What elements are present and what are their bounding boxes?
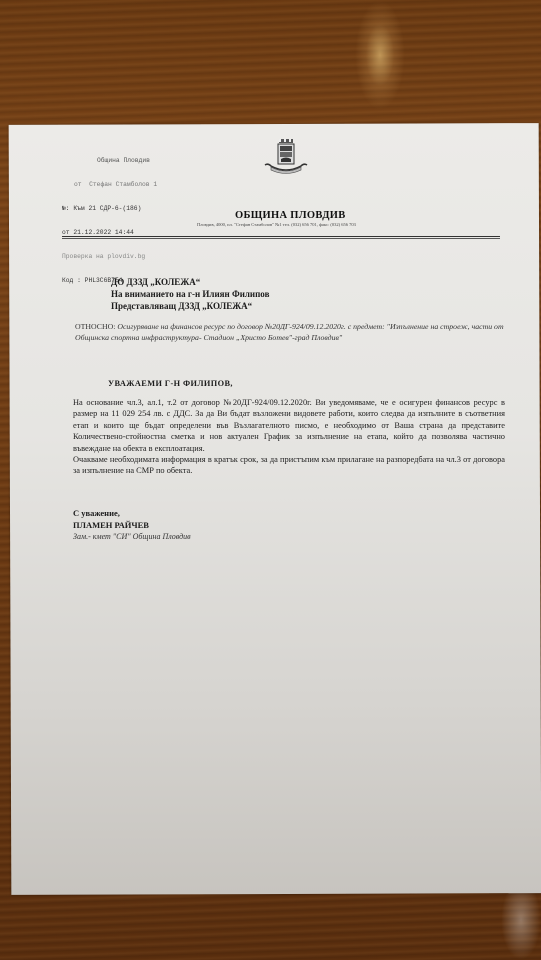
stamp-verify: Проверка на plovdiv.bg xyxy=(62,253,157,261)
addressee-attention: На вниманието на г-н Илиян Филипов xyxy=(111,288,269,300)
coat-of-arms-icon xyxy=(262,138,310,176)
stamp-reg-number: №: Към 21 СДР-6-(186) xyxy=(62,205,157,213)
subject-line: ОТНОСНО: Осигуряване на финансов ресурс … xyxy=(75,322,515,343)
addressee-block: ДО ДЗЗД „КОЛЕЖА“ На вниманието на г-н Ил… xyxy=(111,276,269,312)
letter-body: На основание чл.3, ал.1, т.2 от договор … xyxy=(73,397,505,477)
addressee-org: ДО ДЗЗД „КОЛЕЖА“ xyxy=(111,276,269,288)
subject-text: Осигуряване на финансов ресурс по догово… xyxy=(75,322,504,342)
signatory-position: Зам.- кмет "СИ" Община Пловдив xyxy=(73,531,191,543)
stamp-org: Община Пловдив xyxy=(62,157,157,165)
registration-stamp: Община Пловдив от Стефан Стамболов 1 №: … xyxy=(62,141,157,293)
municipality-title: ОБЩИНА ПЛОВДИВ xyxy=(235,210,346,221)
signatory-name: ПЛАМЕН РАЙЧЕВ xyxy=(73,520,191,532)
closing: С уважение, xyxy=(73,508,191,520)
salutation: УВАЖАЕМИ Г-Н ФИЛИПОВ, xyxy=(108,379,233,388)
stamp-address: от Стефан Стамболов 1 xyxy=(62,181,157,189)
letterhead-divider xyxy=(62,236,500,239)
signature-block: С уважение, ПЛАМЕН РАЙЧЕВ Зам.- кмет "СИ… xyxy=(73,508,191,543)
body-paragraph: На основание чл.3, ал.1, т.2 от договор … xyxy=(73,397,505,454)
addressee-representative: Представляващ ДЗЗД „КОЛЕЖА“ xyxy=(111,300,269,312)
municipality-address: Пловдив, 4000, пл. "Стефан Стамболов" №1… xyxy=(197,222,356,227)
light-reflection xyxy=(355,0,405,110)
subject-label: ОТНОСНО: xyxy=(75,322,117,331)
body-paragraph: Очакваме необходимата информация в кратъ… xyxy=(73,454,505,477)
